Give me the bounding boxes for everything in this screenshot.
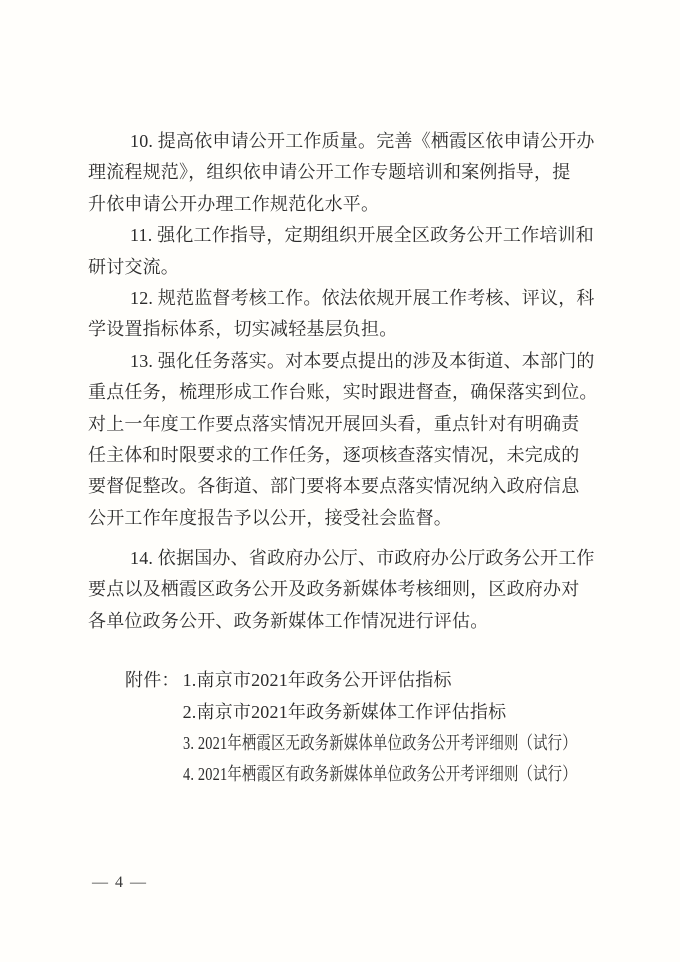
text-line: 重点任务，梳理形成工作台账，实时跟进督查，确保落实到位。: [88, 377, 592, 408]
paragraph-13: 13. 强化任务落实。对本要点提出的涉及本街道、本部门的 重点任务，梳理形成工作…: [88, 346, 592, 534]
text-line: 对上一年度工作要点落实情况开展回头看，重点针对有明确责: [88, 409, 592, 440]
attachment-item: 1.南京市2021年政务公开评估指标: [183, 665, 592, 696]
text-line: 要督促整改。各街道、部门要将本要点落实情况纳入政府信息: [88, 471, 592, 502]
text-line: 10. 提高依申请公开工作质量。完善《栖霞区依申请公开办: [88, 126, 592, 157]
text-line: 12. 规范监督考核工作。依法依规开展工作考核、评议，科: [88, 283, 592, 314]
attachments-section: 附件： 1.南京市2021年政务公开评估指标 2.南京市2021年政务新媒体工作…: [88, 665, 592, 791]
paragraph-10: 10. 提高依申请公开工作质量。完善《栖霞区依申请公开办 理流程规范》，组织依申…: [88, 126, 592, 220]
text-line: 各单位政务公开、政务新媒体工作情况进行评估。: [88, 606, 592, 637]
attachments-label: 附件：: [125, 665, 180, 791]
text-line: 11. 强化工作指导，定期组织开展全区政务公开工作培训和: [88, 220, 592, 251]
text-line: 14. 依据国办、省政府办公厅、市政府办公厅政务公开工作: [88, 543, 592, 574]
document-page: 10. 提高依申请公开工作质量。完善《栖霞区依申请公开办 理流程规范》，组织依申…: [0, 0, 680, 962]
attachment-item: 2.南京市2021年政务新媒体工作评估指标: [183, 697, 592, 728]
text-line: 学设置指标体系，切实减轻基层负担。: [88, 314, 592, 345]
attachments-list: 1.南京市2021年政务公开评估指标 2.南京市2021年政务新媒体工作评估指标…: [183, 665, 592, 791]
attachment-item: 3. 2021年栖霞区无政务新媒体单位政务公开考评细则（试行）: [183, 728, 511, 759]
text-line: 13. 强化任务落实。对本要点提出的涉及本街道、本部门的: [88, 346, 592, 377]
page-number: — 4 —: [92, 873, 148, 893]
text-line: 任主体和时限要求的工作任务，逐项核查落实情况，未完成的: [88, 440, 592, 471]
paragraph-11: 11. 强化工作指导，定期组织开展全区政务公开工作培训和 研讨交流。: [88, 220, 592, 283]
attachment-item: 4. 2021年栖霞区有政务新媒体单位政务公开考评细则（试行）: [183, 759, 511, 790]
paragraph-12: 12. 规范监督考核工作。依法依规开展工作考核、评议，科 学设置指标体系，切实减…: [88, 283, 592, 346]
text-line: 要点以及栖霞区政务公开及政务新媒体考核细则，区政府办对: [88, 574, 592, 605]
document-body: 10. 提高依申请公开工作质量。完善《栖霞区依申请公开办 理流程规范》，组织依申…: [88, 126, 592, 791]
text-line: 研讨交流。: [88, 252, 592, 283]
text-line: 理流程规范》，组织依申请公开工作专题培训和案例指导，提: [88, 157, 592, 188]
paragraph-14: 14. 依据国办、省政府办公厅、市政府办公厅政务公开工作 要点以及栖霞区政务公开…: [88, 543, 592, 637]
text-line: 升依申请公开办理工作规范化水平。: [88, 189, 592, 220]
text-line: 公开工作年度报告予以公开，接受社会监督。: [88, 503, 592, 534]
